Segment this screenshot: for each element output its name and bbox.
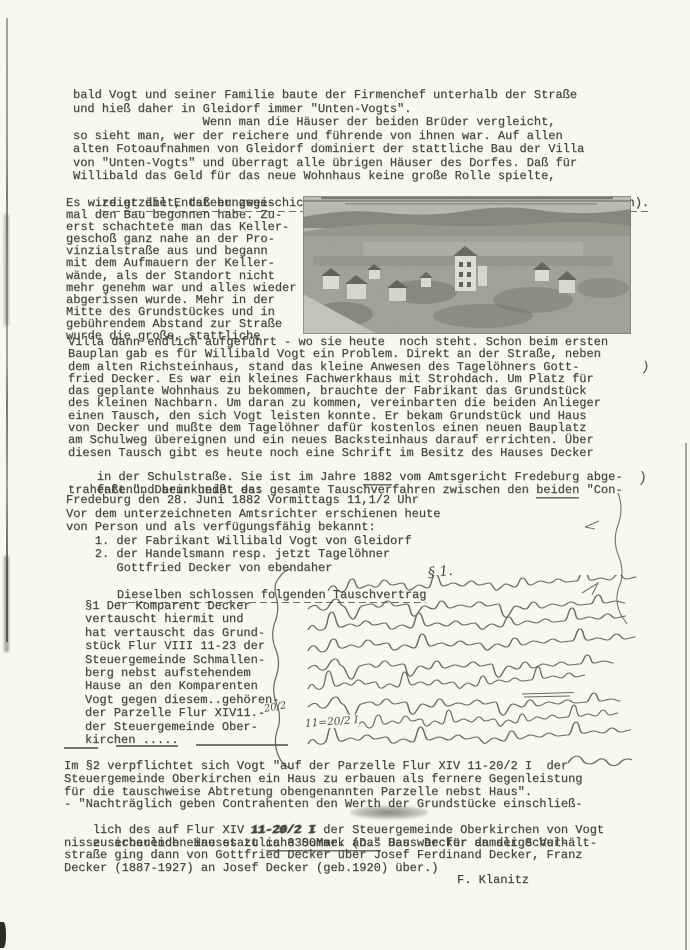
scan-edge-smear	[4, 214, 9, 326]
protocol-block: Fredeburg den 28. Juni 1882 Vormittags 1…	[66, 494, 440, 575]
closing-paragraph-b: nisse sicherlich eine stattliche Summe. …	[64, 837, 582, 875]
scan-corner-mark	[0, 922, 6, 948]
scan-edge-smear-2	[4, 556, 9, 652]
scan-edge-line-left	[6, 18, 8, 642]
author-signature: F. Klanitz	[457, 874, 529, 888]
closing-paragraph-a: Im §2 verpflichtet sich Vogt "auf der Pa…	[64, 760, 582, 811]
village-photograph	[303, 196, 631, 334]
stray-paren: )	[640, 359, 651, 376]
story-column: Es wird erzählt, daß er zwei- mal den Ba…	[66, 197, 296, 342]
dash-rule-segment	[116, 745, 178, 747]
main-paragraph: Villa dann endlich aufgeführt - wo sie h…	[68, 336, 608, 459]
scanned-document-page: bald Vogt und seiner Familie baute der F…	[0, 0, 690, 950]
ink-smudge	[350, 806, 428, 819]
s1-column: §1 Der Komparent Decker vertauscht hierm…	[85, 600, 279, 747]
dash-rule-segment	[64, 747, 98, 749]
binding-curl-artifact	[580, 445, 640, 645]
scan-edge-line-right	[685, 443, 687, 950]
intro-paragraph: bald Vogt und seiner Familie baute der F…	[73, 89, 584, 184]
underlined-beiden: beiden	[536, 483, 579, 497]
